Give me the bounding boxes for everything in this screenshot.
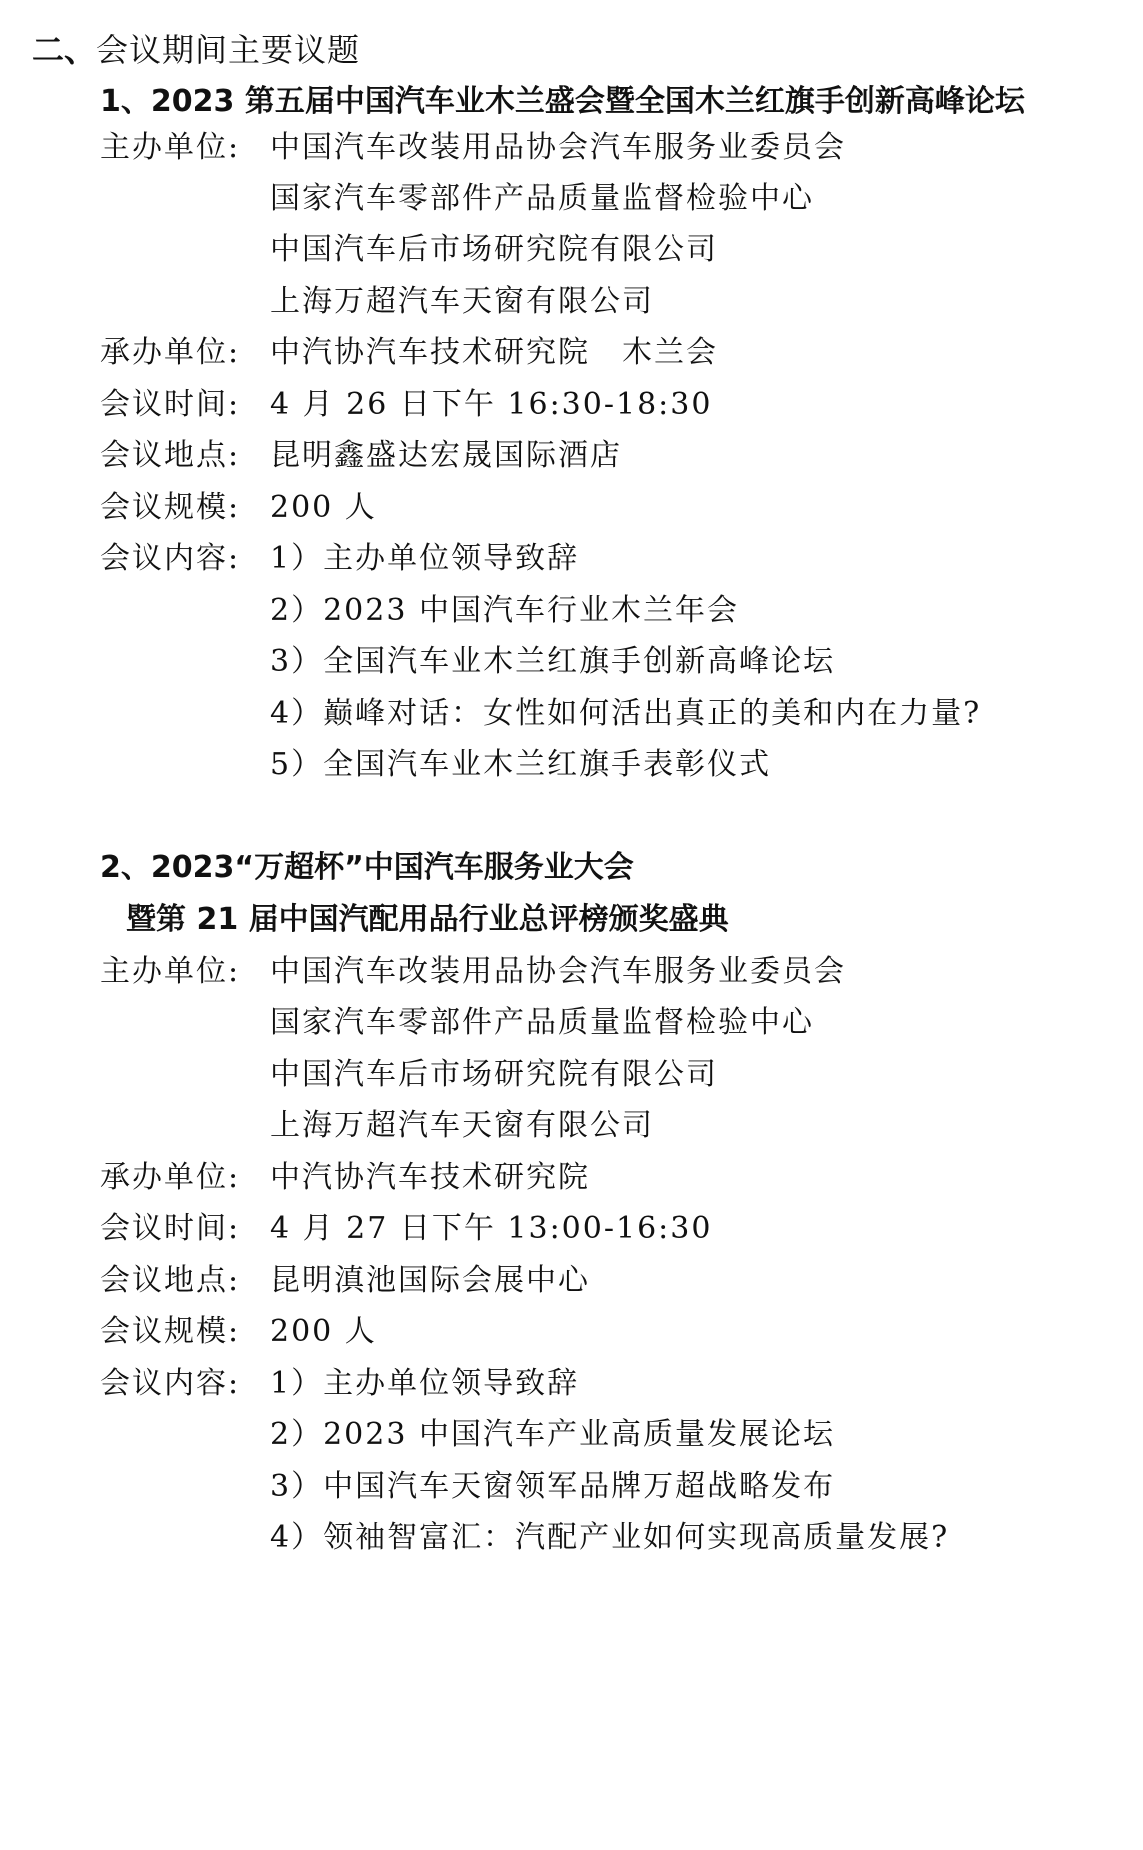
organizer-item: 中国汽车改装用品协会汽车服务业委员会	[270, 124, 846, 172]
co-organizer-row: 承办单位:中汽协汽车技术研究院	[100, 1154, 590, 1202]
organizers-row: 主办单位:中国汽车改装用品协会汽车服务业委员会	[100, 948, 846, 996]
content-item: 5）全国汽车业木兰红旗手表彰仪式	[270, 741, 771, 789]
organizer-item: 中国汽车改装用品协会汽车服务业委员会	[270, 948, 846, 996]
co-organizer-label: 承办单位:	[100, 1154, 270, 1202]
organizer-item: 国家汽车零部件产品质量监督检验中心	[270, 999, 814, 1047]
content-item: 4）领袖智富汇：汽配产业如何实现高质量发展?	[270, 1514, 949, 1562]
scale-row: 会议规模:200 人	[100, 1308, 377, 1356]
organizer-item: 国家汽车零部件产品质量监督检验中心	[270, 175, 814, 223]
content-item: 3）中国汽车天窗领军品牌万超战略发布	[270, 1463, 835, 1511]
scale-label: 会议规模:	[100, 484, 270, 532]
organizers-label: 主办单位:	[100, 948, 270, 996]
content-item: 1）主办单位领导致辞	[270, 1360, 579, 1408]
organizer-item: 中国汽车后市场研究院有限公司	[270, 226, 718, 274]
content-label: 会议内容:	[100, 535, 270, 583]
section-heading: 二、会议期间主要议题	[32, 28, 360, 72]
scale-value: 200 人	[270, 484, 377, 532]
venue-label: 会议地点:	[100, 432, 270, 480]
time-row: 会议时间:4 月 27 日下午 13:00-16:30	[100, 1205, 712, 1253]
co-organizer-row: 承办单位:中汽协汽车技术研究院 木兰会	[100, 329, 718, 377]
scale-row: 会议规模:200 人	[100, 484, 377, 532]
section-number: 二、	[32, 31, 96, 69]
venue-row: 会议地点:昆明鑫盛达宏晟国际酒店	[100, 432, 622, 480]
time-label: 会议时间:	[100, 381, 270, 429]
scale-value: 200 人	[270, 1308, 377, 1356]
section-title: 会议期间主要议题	[96, 31, 360, 69]
organizer-item: 中国汽车后市场研究院有限公司	[270, 1051, 718, 1099]
content-item: 2）2023 中国汽车行业木兰年会	[270, 587, 739, 635]
venue-value: 昆明鑫盛达宏晟国际酒店	[270, 432, 622, 480]
content-item: 2）2023 中国汽车产业高质量发展论坛	[270, 1411, 835, 1459]
content-item: 1）主办单位领导致辞	[270, 535, 579, 583]
venue-value: 昆明滇池国际会展中心	[270, 1257, 590, 1305]
time-value: 4 月 26 日下午 16:30-18:30	[270, 381, 712, 429]
organizer-item: 上海万超汽车天窗有限公司	[270, 1102, 654, 1150]
organizer-item: 上海万超汽车天窗有限公司	[270, 278, 654, 326]
co-organizer-label: 承办单位:	[100, 329, 270, 377]
topic-subtitle: 暨第 21 届中国汽配用品行业总评榜颁奖盛典	[126, 898, 729, 942]
venue-row: 会议地点:昆明滇池国际会展中心	[100, 1257, 590, 1305]
content-row: 会议内容:1）主办单位领导致辞	[100, 535, 579, 583]
topic-title: 1、2023 第五届中国汽车业木兰盛会暨全国木兰红旗手创新高峰论坛	[100, 80, 1025, 124]
time-row: 会议时间:4 月 26 日下午 16:30-18:30	[100, 381, 712, 429]
topic-title: 2、2023“万超杯”中国汽车服务业大会	[100, 846, 634, 890]
scale-label: 会议规模:	[100, 1308, 270, 1356]
co-organizer-value: 中汽协汽车技术研究院 木兰会	[270, 329, 718, 377]
content-label: 会议内容:	[100, 1360, 270, 1408]
organizers-row: 主办单位:中国汽车改装用品协会汽车服务业委员会	[100, 124, 846, 172]
content-item: 4）巅峰对话：女性如何活出真正的美和内在力量?	[270, 690, 981, 738]
co-organizer-value: 中汽协汽车技术研究院	[270, 1154, 590, 1202]
content-item: 3）全国汽车业木兰红旗手创新高峰论坛	[270, 638, 835, 686]
time-label: 会议时间:	[100, 1205, 270, 1253]
venue-label: 会议地点:	[100, 1257, 270, 1305]
time-value: 4 月 27 日下午 13:00-16:30	[270, 1205, 712, 1253]
organizers-label: 主办单位:	[100, 124, 270, 172]
content-row: 会议内容:1）主办单位领导致辞	[100, 1360, 579, 1408]
